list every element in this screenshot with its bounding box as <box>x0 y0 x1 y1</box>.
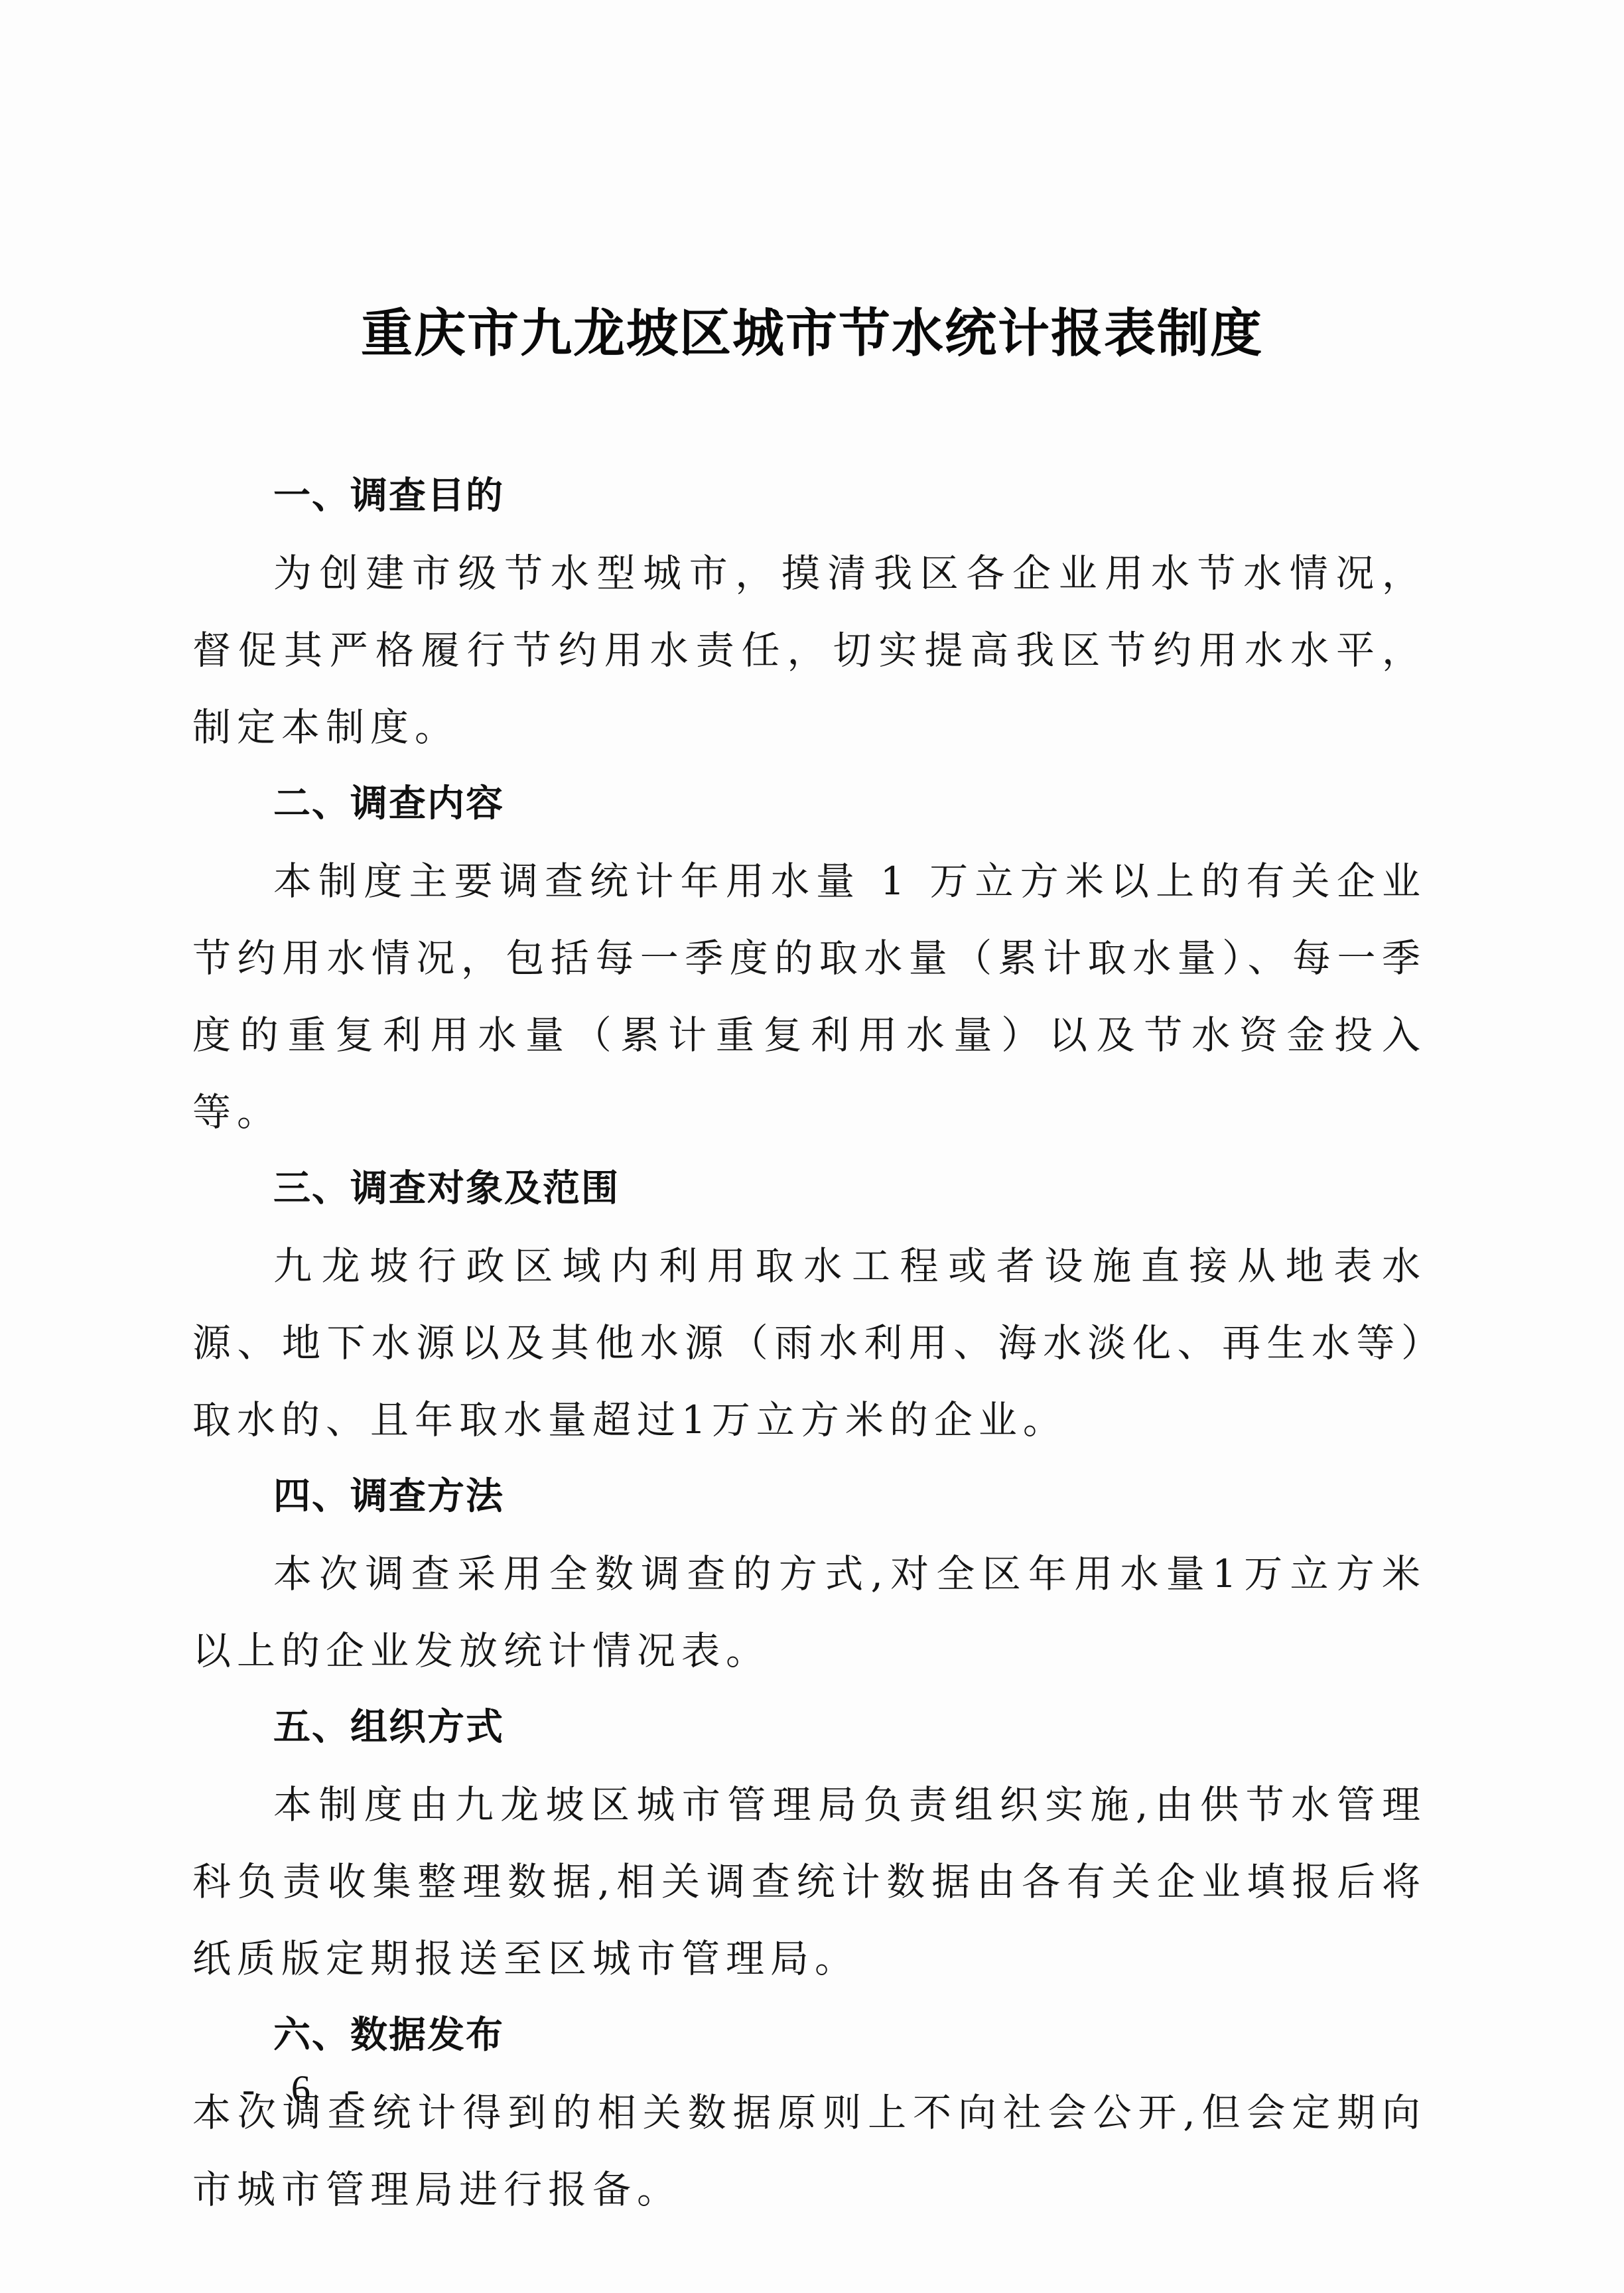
section-heading: 五、组织方式 <box>192 1689 1426 1766</box>
section-heading: 三、调查对象及范围 <box>192 1150 1426 1227</box>
section-paragraph: 九龙坡行政区域内利用取水工程或者设施直接从地表水源、地下水源以及其他水源（雨水利… <box>192 1227 1426 1458</box>
section-heading: 一、调查目的 <box>192 458 1426 535</box>
section-paragraph: 本次调查统计得到的相关数据原则上不向社会公开,但会定期向市城市管理局进行报备。 <box>192 2074 1426 2228</box>
section-paragraph: 本制度由九龙坡区城市管理局负责组织实施,由供节水管理科负责收集整理数据,相关调查… <box>192 1766 1426 1997</box>
section-survey-scope: 三、调查对象及范围 九龙坡行政区域内利用取水工程或者设施直接从地表水源、地下水源… <box>192 1150 1426 1458</box>
section-survey-content: 二、调查内容 本制度主要调查统计年用水量 1 万立方米以上的有关企业节约用水情况… <box>192 766 1426 1150</box>
document-title: 重庆市九龙坡区城市节水统计报表制度 <box>0 292 1624 366</box>
section-paragraph: 为创建市级节水型城市，摸清我区各企业用水节水情况，督促其严格履行节约用水责任，切… <box>192 535 1426 766</box>
section-survey-method: 四、调查方法 本次调查采用全数调查的方式,对全区年用水量1万立方米以上的企业发放… <box>192 1458 1426 1689</box>
document-body: 一、调查目的 为创建市级节水型城市，摸清我区各企业用水节水情况，督促其严格履行节… <box>192 458 1426 2228</box>
section-paragraph: 本次调查采用全数调查的方式,对全区年用水量1万立方米以上的企业发放统计情况表。 <box>192 1535 1426 1689</box>
section-heading: 六、数据发布 <box>192 1997 1426 2074</box>
section-data-release: 六、数据发布 本次调查统计得到的相关数据原则上不向社会公开,但会定期向市城市管理… <box>192 1997 1426 2228</box>
page-number: - 6 - <box>242 2067 373 2111</box>
section-organization: 五、组织方式 本制度由九龙坡区城市管理局负责组织实施,由供节水管理科负责收集整理… <box>192 1689 1426 1997</box>
section-heading: 二、调查内容 <box>192 766 1426 843</box>
section-heading: 四、调查方法 <box>192 1458 1426 1535</box>
section-survey-purpose: 一、调查目的 为创建市级节水型城市，摸清我区各企业用水节水情况，督促其严格履行节… <box>192 458 1426 766</box>
document-page: 重庆市九龙坡区城市节水统计报表制度 一、调查目的 为创建市级节水型城市，摸清我区… <box>0 0 1624 2293</box>
section-paragraph: 本制度主要调查统计年用水量 1 万立方米以上的有关企业节约用水情况，包括每一季度… <box>192 843 1426 1150</box>
